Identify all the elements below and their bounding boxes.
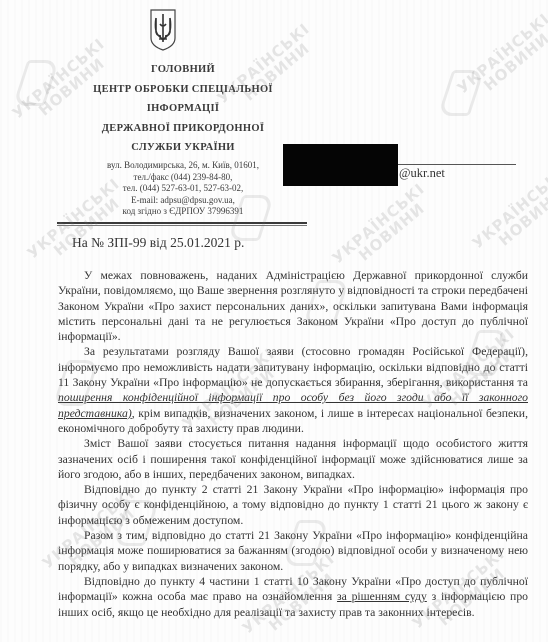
watermark: УКРАЇНСЬКІНОВИНИ [455, 11, 548, 108]
contact-address: вул. Володимирська, 26, м. Київ, 01601, [60, 160, 306, 172]
contact-email: E-mail: adpsu@dpsu.gov.ua, [60, 195, 306, 207]
org-line: ДЕРЖАВНОЇ ПРИКОРДОННОЇ [60, 119, 306, 139]
paragraph-3: Зміст Вашої заяви стосується питання над… [58, 436, 528, 482]
contact-fax: тел./факс (044) 239-84-80, [60, 172, 306, 184]
paragraph-5: Разом з тим, відповідно до статті 21 Зак… [58, 528, 528, 574]
redacted-recipient-name [283, 144, 398, 186]
org-line: СЛУЖБИ УКРАЇНИ [60, 138, 306, 158]
org-line: ГОЛОВНИЙ [60, 60, 306, 80]
reference-number: На № ЗПІ-99 від 25.01.2021 р. [72, 235, 244, 251]
contact-edrpou-code: код згідно з ЄДРПОУ 37996391 [60, 206, 306, 218]
paragraph-4: Відповідно до пункту 2 статті 21 Закону … [58, 482, 528, 528]
watermark: УКРАЇНСЬКІНОВИНИ [470, 166, 548, 263]
watermark-logo-icon [438, 70, 485, 116]
letterhead-divider [57, 222, 307, 226]
paragraph-6: Відповідно до пункту 4 частини 1 статті … [58, 574, 528, 620]
organization-contacts: вул. Володимирська, 26, м. Київ, 01601, … [60, 160, 306, 218]
contact-phone: тел. (044) 527-63-01, 527-63-02, [60, 183, 306, 195]
ukraine-trident-emblem-icon [149, 8, 177, 52]
paragraph-2-start: За результатами розгляду Вашої заяви (ст… [58, 345, 528, 389]
org-line: ІНФОРМАЦІЇ [60, 99, 306, 119]
recipient-email: @ukr.net [399, 166, 445, 181]
organization-name-block: ГОЛОВНИЙ ЦЕНТР ОБРОБКИ СПЕЦІАЛЬНОЇ ІНФОР… [60, 60, 306, 158]
watermark-logo-icon [13, 60, 60, 106]
letter-body: У межах повноважень, наданих Адміністрац… [58, 268, 528, 620]
paragraph-1: У межах повноважень, наданих Адміністрац… [58, 268, 528, 344]
org-line: ЦЕНТР ОБРОБКИ СПЕЦІАЛЬНОЇ [60, 80, 306, 100]
watermark: УКРАЇНСЬКІНОВИНИ [330, 181, 437, 278]
paragraph-6-underlined: за рішенням суду [337, 590, 427, 603]
scanned-letter-page: ГОЛОВНИЙ ЦЕНТР ОБРОБКИ СПЕЦІАЛЬНОЇ ІНФОР… [0, 0, 548, 642]
recipient-underline [398, 164, 516, 165]
paragraph-2: За результатами розгляду Вашої заяви (ст… [58, 344, 528, 436]
